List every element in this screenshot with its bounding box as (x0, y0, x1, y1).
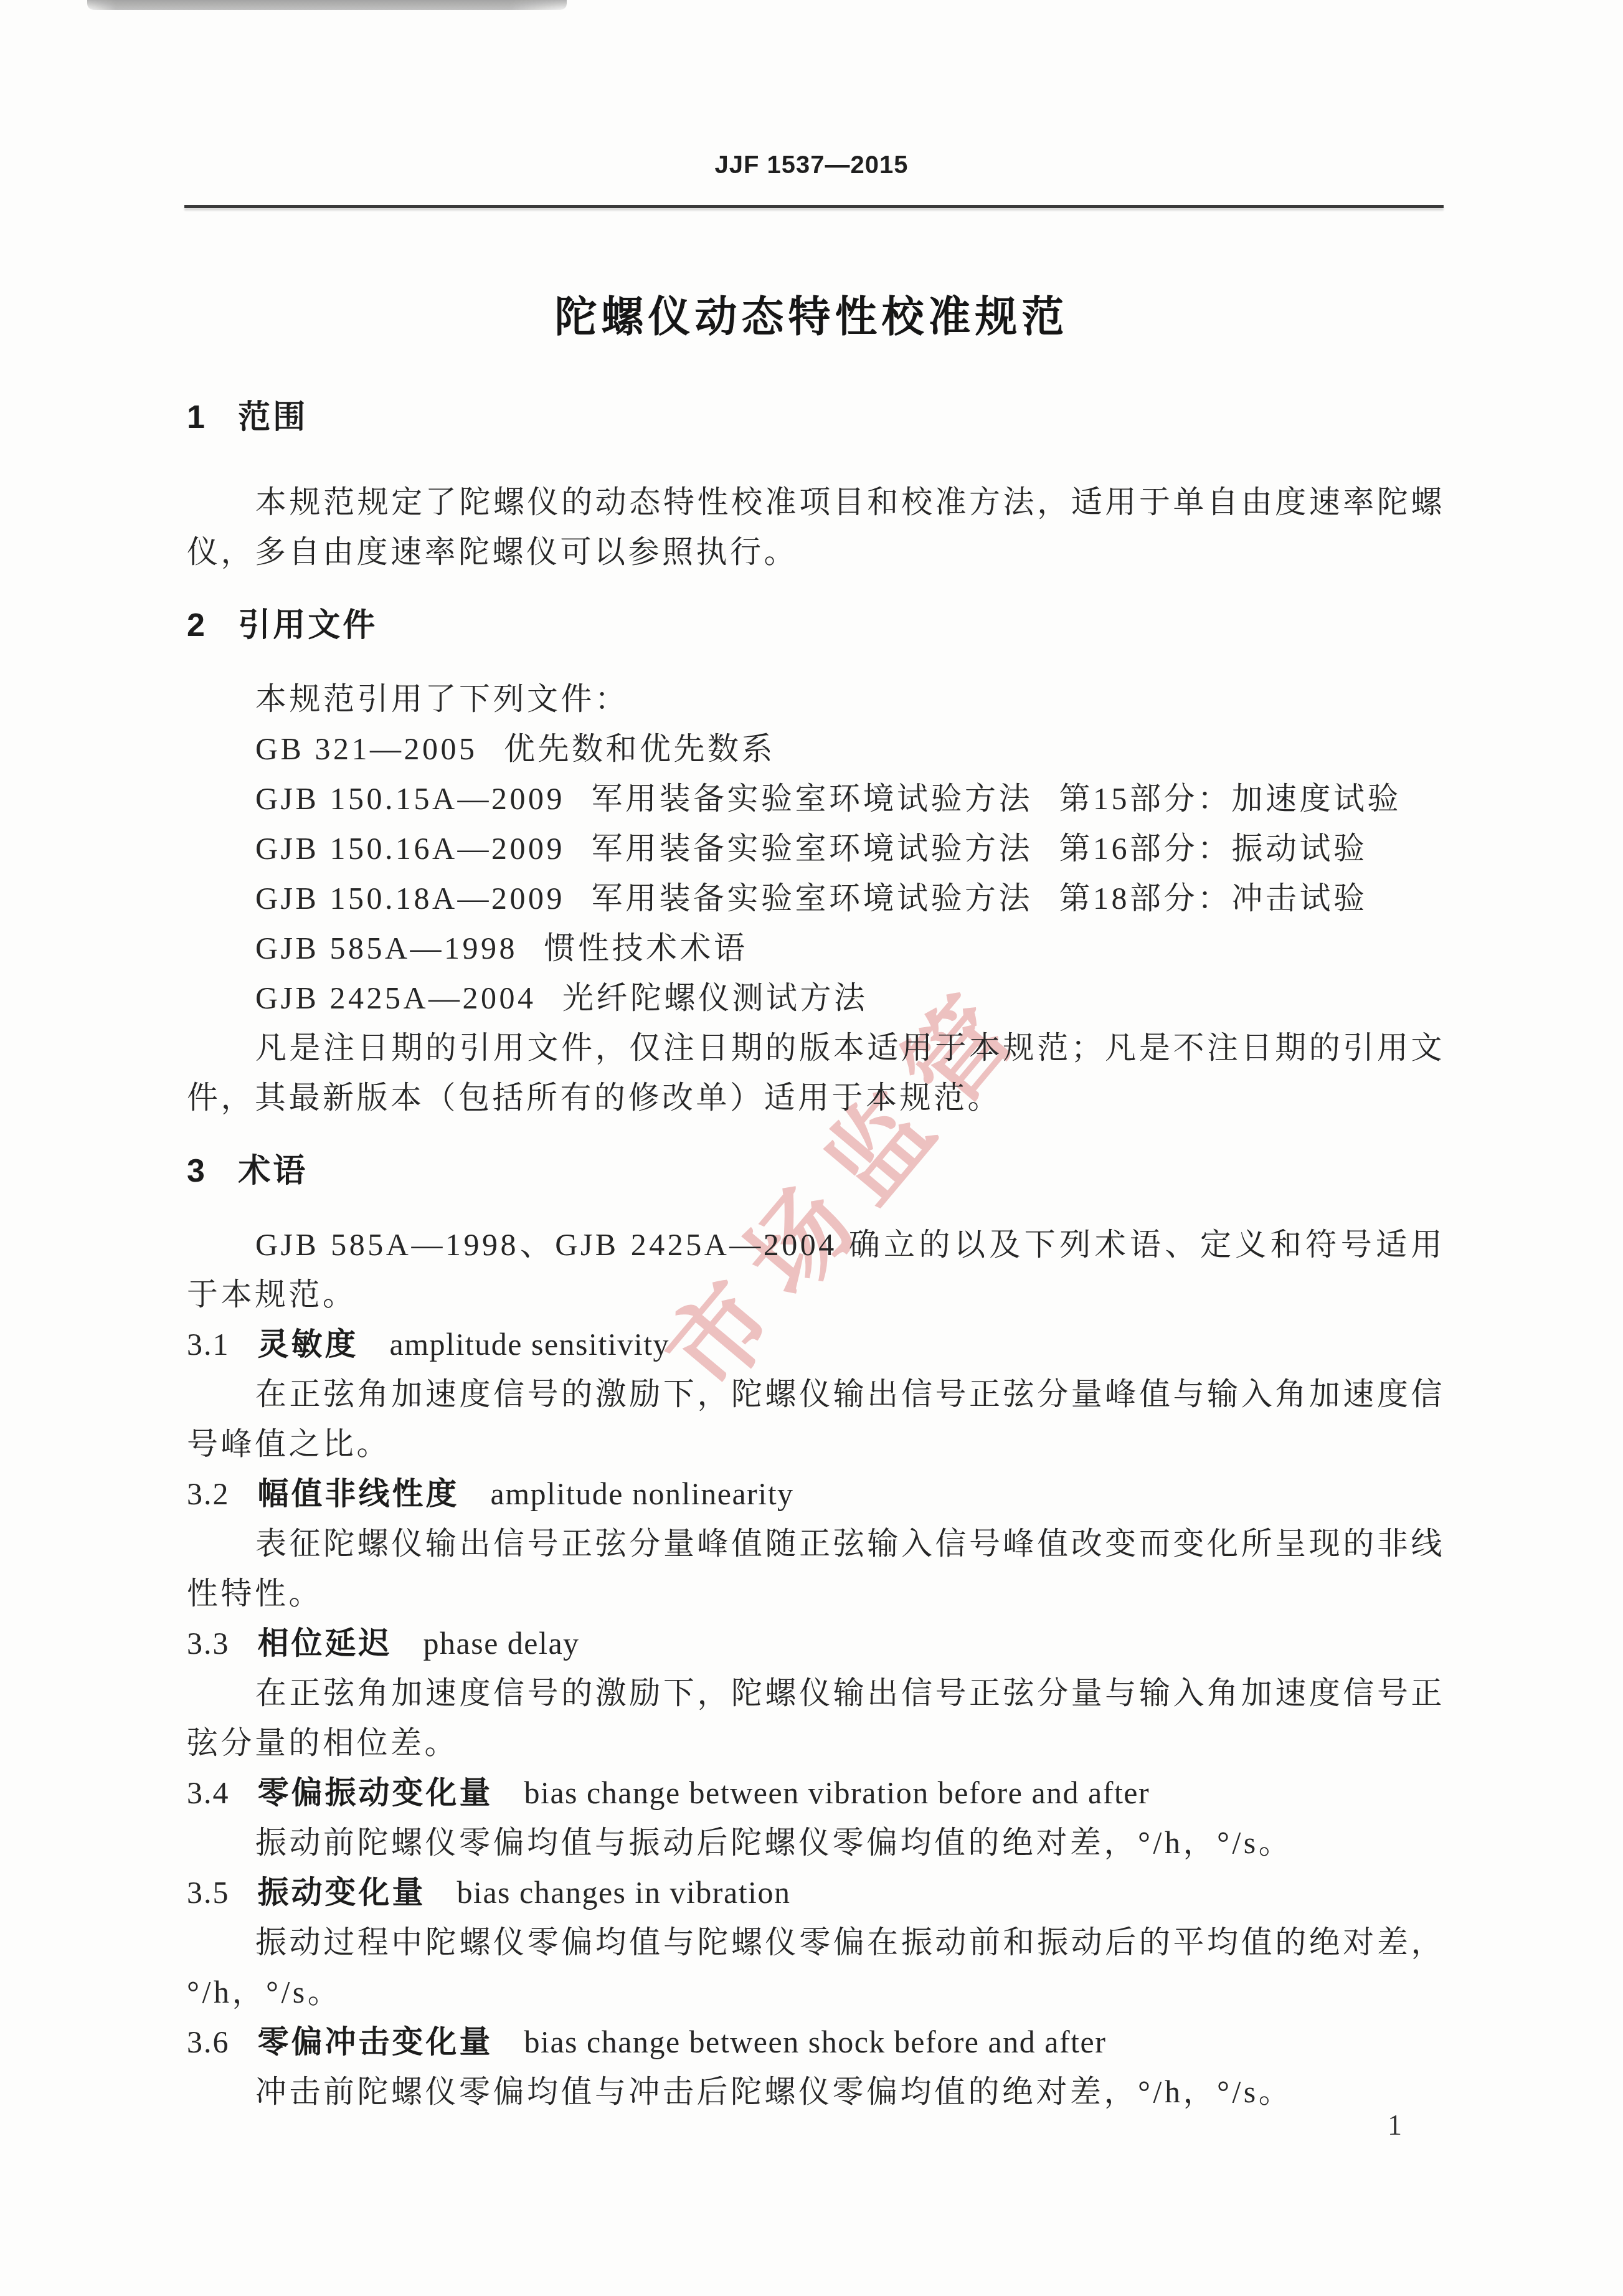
section-2-note: 凡是注日期的引用文件，仅注日期的版本适用于本规范；凡是不注日期的引用文件，其最新… (187, 1023, 1445, 1122)
term-heading: 3.3相位延迟phase delay (187, 1618, 1445, 1668)
section-3-heading: 3术语 (187, 1146, 1445, 1196)
document-title: 陀螺仪动态特性校准规范 (0, 283, 1623, 344)
reference-title: 光纤陀螺仪测试方法 (562, 980, 868, 1015)
document-body: 1范围 本规范规定了陀螺仪的动态特性校准项目和校准方法，适用于单自由度速率陀螺仪… (187, 392, 1445, 2117)
term-number: 3.3 (187, 1626, 230, 1661)
reference-code: GB 321—2005 (255, 731, 477, 766)
term-definition: 表征陀螺仪输出信号正弦分量峰值随正弦输入信号峰值改变而变化所呈现的非线性特性。 (187, 1519, 1445, 1618)
reference-code: GJB 150.15A—2009 (255, 781, 565, 816)
term-name-en: bias changes in vibration (457, 1875, 791, 1910)
term-heading: 3.6零偏冲击变化量bias change between shock befo… (187, 2017, 1445, 2067)
reference-item: GB 321—2005优先数和优先数系 (187, 724, 1445, 774)
reference-title: 军用装备实验室环境试验方法 (592, 781, 1033, 816)
reference-title: 优先数和优先数系 (504, 731, 775, 766)
reference-part: 第16部分：振动试验 (1059, 831, 1368, 866)
term-definition: 振动前陀螺仪零偏均值与振动后陀螺仪零偏均值的绝对差，°/h，°/s。 (187, 1818, 1445, 1867)
reference-item: GJB 2425A—2004光纤陀螺仪测试方法 (187, 973, 1445, 1023)
term-heading: 3.5振动变化量bias changes in vibration (187, 1867, 1445, 1917)
term-number: 3.6 (187, 2024, 230, 2059)
reference-item: GJB 150.18A—2009军用装备实验室环境试验方法第18部分：冲击试验 (187, 873, 1445, 923)
reference-item: GJB 150.15A—2009军用装备实验室环境试验方法第15部分：加速度试验 (187, 774, 1445, 823)
term-definition: 在正弦角加速度信号的激励下，陀螺仪输出信号正弦分量峰值与输入角加速度信号峰值之比… (187, 1369, 1445, 1469)
section-3-title: 术语 (238, 1153, 308, 1189)
reference-code: GJB 585A—1998 (255, 931, 518, 965)
term-name-cn: 相位延迟 (258, 1626, 392, 1661)
term-name-en: amplitude nonlinearity (491, 1476, 794, 1511)
section-2-title: 引用文件 (238, 607, 377, 643)
reference-item: GJB 585A—1998惯性技术术语 (187, 923, 1445, 973)
reference-part: 第15部分：加速度试验 (1059, 781, 1402, 816)
reference-code: GJB 150.16A—2009 (255, 831, 565, 866)
term-name-en: amplitude sensitivity (390, 1327, 670, 1362)
term-name-cn: 灵敏度 (258, 1327, 359, 1362)
reference-code: GJB 2425A—2004 (255, 980, 536, 1015)
section-1-paragraph: 本规范规定了陀螺仪的动态特性校准项目和校准方法，适用于单自由度速率陀螺仪，多自由… (187, 477, 1445, 577)
term-name-cn: 零偏冲击变化量 (258, 2024, 493, 2059)
term-name-en: bias change between shock before and aft… (524, 2024, 1107, 2059)
page-number: 1 (1388, 2109, 1402, 2142)
document-page: JJF 1537—2015 陀螺仪动态特性校准规范 市场监管 1范围 本规范规定… (0, 0, 1623, 2296)
term-number: 3.1 (187, 1327, 230, 1362)
term-name-cn: 幅值非线性度 (258, 1476, 460, 1511)
reference-part: 第18部分：冲击试验 (1059, 881, 1368, 916)
section-1-number: 1 (187, 399, 207, 435)
term-definition: 在正弦角加速度信号的激励下，陀螺仪输出信号正弦分量与输入角加速度信号正弦分量的相… (187, 1668, 1445, 1768)
scan-shadow-artifact (87, 0, 567, 10)
reference-code: GJB 150.18A—2009 (255, 881, 565, 916)
term-definition: 冲击前陀螺仪零偏均值与冲击后陀螺仪零偏均值的绝对差，°/h，°/s。 (187, 2067, 1445, 2117)
term-name-en: bias change between vibration before and… (524, 1775, 1150, 1810)
term-name-cn: 振动变化量 (258, 1875, 426, 1910)
term-number: 3.4 (187, 1775, 230, 1810)
term-name-cn: 零偏振动变化量 (258, 1775, 493, 1810)
section-2-number: 2 (187, 607, 207, 643)
term-name-en: phase delay (423, 1626, 580, 1661)
term-number: 3.5 (187, 1875, 230, 1910)
term-heading: 3.1灵敏度amplitude sensitivity (187, 1319, 1445, 1369)
section-3-intro: GJB 585A—1998、GJB 2425A—2004 确立的以及下列术语、定… (187, 1220, 1445, 1319)
term-number: 3.2 (187, 1476, 230, 1511)
reference-item: GJB 150.16A—2009军用装备实验室环境试验方法第16部分：振动试验 (187, 823, 1445, 873)
reference-title: 军用装备实验室环境试验方法 (592, 881, 1033, 916)
section-1-title: 范围 (238, 399, 308, 435)
standard-code-header: JJF 1537—2015 (0, 151, 1623, 179)
term-definition: 振动过程中陀螺仪零偏均值与陀螺仪零偏在振动前和振动后的平均值的绝对差，°/h，°… (187, 1917, 1445, 2017)
section-1-heading: 1范围 (187, 392, 1445, 442)
term-heading: 3.2幅值非线性度amplitude nonlinearity (187, 1469, 1445, 1519)
section-2-heading: 2引用文件 (187, 600, 1445, 650)
reference-title: 军用装备实验室环境试验方法 (592, 831, 1033, 866)
header-rule (184, 205, 1444, 208)
section-2-intro: 本规范引用了下列文件： (187, 674, 1445, 724)
term-heading: 3.4零偏振动变化量bias change between vibration … (187, 1768, 1445, 1818)
section-3-number: 3 (187, 1153, 207, 1189)
reference-title: 惯性技术术语 (544, 931, 748, 965)
